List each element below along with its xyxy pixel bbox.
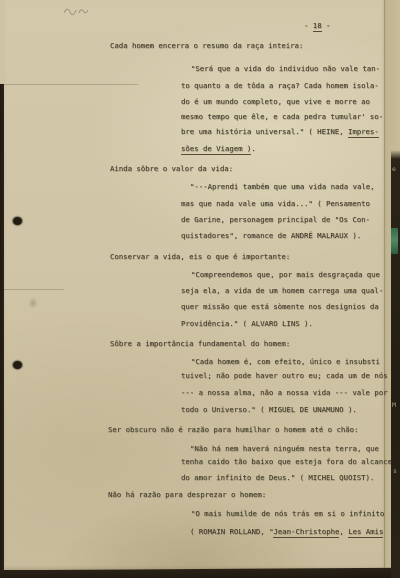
text-line: Não há razão para desprezar o homem: bbox=[108, 490, 266, 500]
photo-border-right bbox=[391, 150, 400, 578]
text-line: tenha caido tão baixo que esteja fora do… bbox=[181, 457, 392, 467]
text-line: Providência." ( ALVARO LINS ). bbox=[181, 319, 313, 329]
text-line: "---Aprendi também que uma vida nada val… bbox=[190, 182, 375, 192]
text-line: --- a nossa alma, não a nossa vida --- v… bbox=[181, 388, 387, 398]
text-line: seja ela, a vida de um homem carrega uma… bbox=[181, 286, 383, 296]
text-line: ( ROMAIN ROLLAND, "Jean-Christophe, Les … bbox=[190, 527, 383, 537]
text-line: Ainda sôbre o valor da vida: bbox=[110, 164, 233, 174]
text-line: mesmo tempo que êle, e cada pedra tumula… bbox=[181, 112, 383, 122]
text-line: Sôbre a importância fundamental do homem… bbox=[110, 339, 290, 349]
text-line: bre uma história universal." ( HEINE, Im… bbox=[181, 127, 379, 137]
scanned-document-photo: - 18 -Cada homem encerra o resumo da raç… bbox=[0, 0, 400, 578]
text-line: do amor infinito de Deus." ( MICHEL QUOI… bbox=[181, 473, 374, 483]
text-line: sões de Viagem ). bbox=[181, 144, 256, 154]
text-line: "Cada homem é, com efeito, único e insub… bbox=[191, 357, 380, 367]
text-line: "Não há nem haverá ninguém nesta terra, … bbox=[190, 444, 379, 454]
text-line: to quanto a de tôda a raça? Cada homem i… bbox=[181, 81, 379, 91]
photo-border-left bbox=[0, 84, 4, 578]
edge-glyph: M bbox=[392, 401, 396, 409]
text-line: mas que nada vale uma vida..." ( Pensame… bbox=[181, 199, 370, 209]
text-line: quistadores", romance de ANDRÉ MALRAUX )… bbox=[181, 231, 361, 241]
edge-glyph: e bbox=[392, 165, 396, 173]
green-binding-mark bbox=[391, 228, 398, 254]
punch-hole bbox=[13, 217, 22, 225]
edge-glyph: s bbox=[393, 467, 397, 475]
text-line: "Compreendemos que, por mais desgraçada … bbox=[191, 270, 380, 280]
photo-border-bottom bbox=[0, 568, 400, 578]
typewritten-text: - 18 -Cada homem encerra o resumo da raç… bbox=[0, 0, 392, 570]
text-line: Cada homem encerra o resumo da raça inte… bbox=[110, 41, 303, 51]
punch-hole bbox=[13, 361, 22, 369]
text-line: quer missão que está sòmente nos designi… bbox=[181, 302, 379, 312]
text-line: todo o Universo." ( MIGUEL DE UNAMUNO ). bbox=[181, 405, 357, 415]
page-number: - 18 - bbox=[304, 21, 330, 31]
text-line: Conservar a vida, eis o que é importante… bbox=[110, 252, 290, 262]
text-line: "Será que a vida do individuo não vale t… bbox=[191, 64, 380, 74]
text-line: "O mais humilde de nós trás em si o infi… bbox=[191, 509, 384, 519]
text-line: do é um mundo completo, que vive e morre… bbox=[181, 97, 370, 107]
text-line: tuivel; não pode haver outro eu; cada um… bbox=[181, 371, 387, 381]
text-line: Ser obscuro não é razão para humilhar o … bbox=[108, 425, 358, 435]
text-line: de Garine, personagem principal de "Os C… bbox=[181, 215, 370, 225]
